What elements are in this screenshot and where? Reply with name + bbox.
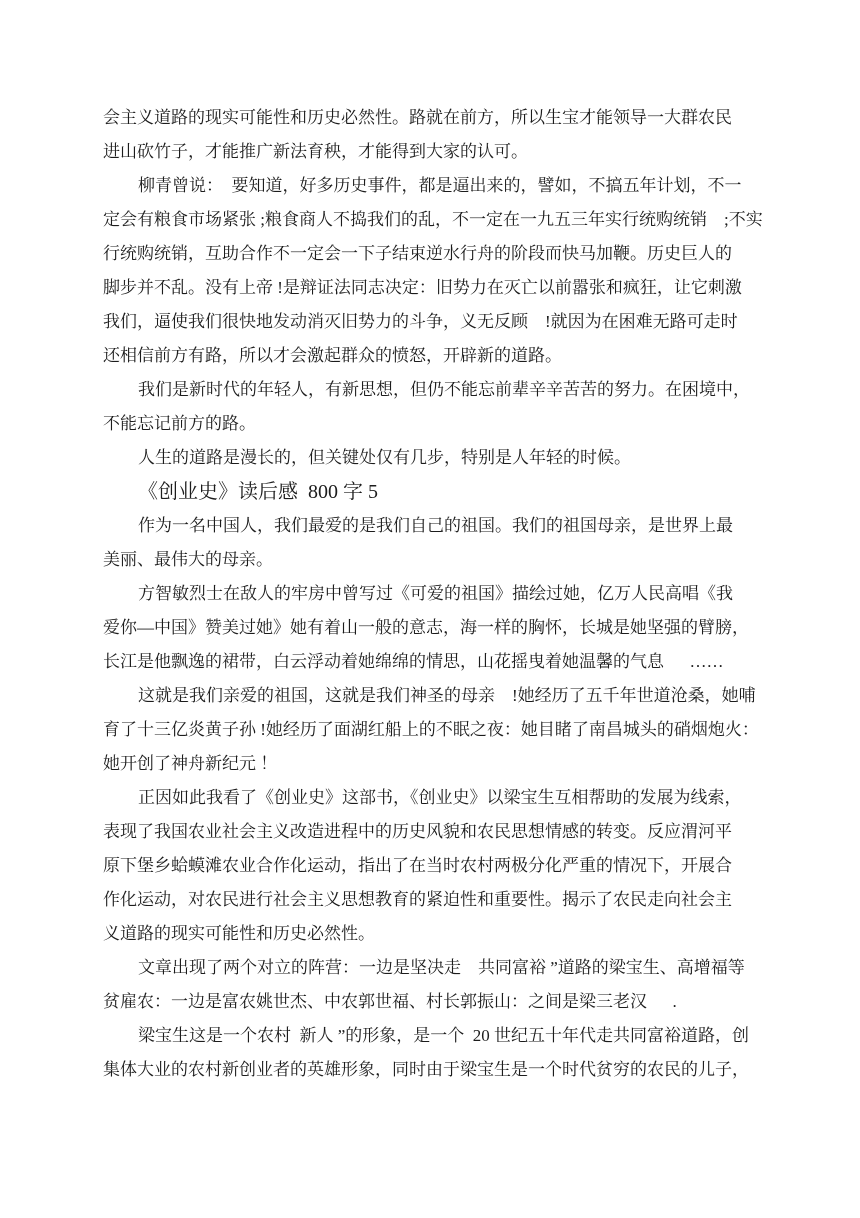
document-page: 会主义道路的现实可能性和历史必然性。路就在前方，所以生宝才能领导一大群农民进山砍… [103,101,775,1087]
text-line: 不能忘记前方的路。 [103,407,775,441]
text-line: 表现了我国农业社会主义改造进程中的历史风貌和农民思想情感的转变。反应渭河平 [103,815,775,849]
text-line: 行统购统销，互助合作不一定会一下子结束逆水行舟的阶段而快马加鞭。历史巨人的 [103,237,775,271]
text-line: 长江是他飘逸的裙带，白云浮动着她绵绵的情思，山花摇曳着她温馨的气息 …… [103,645,775,679]
text-line: 作化运动，对农民进行社会主义思想教育的紧迫性和重要性。揭示了农民走向社会主 [103,883,775,917]
text-line: 人生的道路是漫长的，但关键处仅有几步，特别是人年轻的时候。 [103,441,775,475]
text-line: 文章出现了两个对立的阵营：一边是坚决走 共同富裕 ”道路的梁宝生、高增福等 [103,951,775,985]
text-line: 作为一名中国人，我们最爱的是我们自己的祖国。我们的祖国母亲，是世界上最 [103,509,775,543]
text-line: 育了十三亿炎黄子孙 !她经历了面湖红船上的不眠之夜：她目睹了南昌城头的硝烟炮火： [103,713,775,747]
text-line: 美丽、最伟大的母亲。 [103,543,775,577]
text-line: 义道路的现实可能性和历史必然性。 [103,917,775,951]
text-line: 集体大业的农村新创业者的英雄形象，同时由于梁宝生是一个时代贫穷的农民的儿子， [103,1053,775,1087]
text-line: 柳青曾说： 要知道，好多历史事件，都是逼出来的，譬如，不搞五年计划，不一 [103,169,775,203]
text-line: 正因如此我看了《创业史》这部书，《创业史》以梁宝生互相帮助的发展为线索， [103,781,775,815]
text-line: 爱你—中国》赞美过她》她有着山一般的意志，海一样的胸怀，长城是她坚强的臂膀， [103,611,775,645]
text-line: 方智敏烈士在敌人的牢房中曾写过《可爱的祖国》描绘过她，亿万人民高唱《我 [103,577,775,611]
text-line: 还相信前方有路，所以才会激起群众的愤怒，开辟新的道路。 [103,339,775,373]
text-line: 脚步并不乱。没有上帝 !是辩证法同志决定：旧势力在灭亡以前嚣张和疯狂，让它刺激 [103,271,775,305]
text-line: 会主义道路的现实可能性和历史必然性。路就在前方，所以生宝才能领导一大群农民 [103,101,775,135]
text-line: 贫雇农：一边是富农姚世杰、中农郭世福、村长郭振山：之间是梁三老汉 . [103,985,775,1019]
text-line: 原下堡乡蛤蟆滩农业合作化运动，指出了在当时农村两极分化严重的情况下，开展合 [103,849,775,883]
document-lines: 会主义道路的现实可能性和历史必然性。路就在前方，所以生宝才能领导一大群农民进山砍… [103,101,775,1087]
text-line: 定会有粮食市场紧张 ;粮食商人不捣我们的乱，不一定在一九五三年实行统购统销 ;不… [103,203,775,237]
text-line: 我们，逼使我们很快地发动消灭旧势力的斗争，义无反顾 !就因为在困难无路可走时 [103,305,775,339]
text-line: 我们是新时代的年轻人，有新思想，但仍不能忘前辈辛辛苦苦的努力。在困境中， [103,373,775,407]
text-line: 她开创了神舟新纪元 ！ [103,747,775,781]
text-line: 梁宝生这是一个农村 新人 ”的形象，是一个 20 世纪五十年代走共同富裕道路，创 [103,1019,775,1053]
text-line: 这就是我们亲爱的祖国，这就是我们神圣的母亲 !她经历了五千年世道沧桑，她哺 [103,679,775,713]
text-line: 进山砍竹子，才能推广新法育秧，才能得到大家的认可。 [103,135,775,169]
section-heading: 《创业史》读后感 800 字 5 [103,475,775,509]
